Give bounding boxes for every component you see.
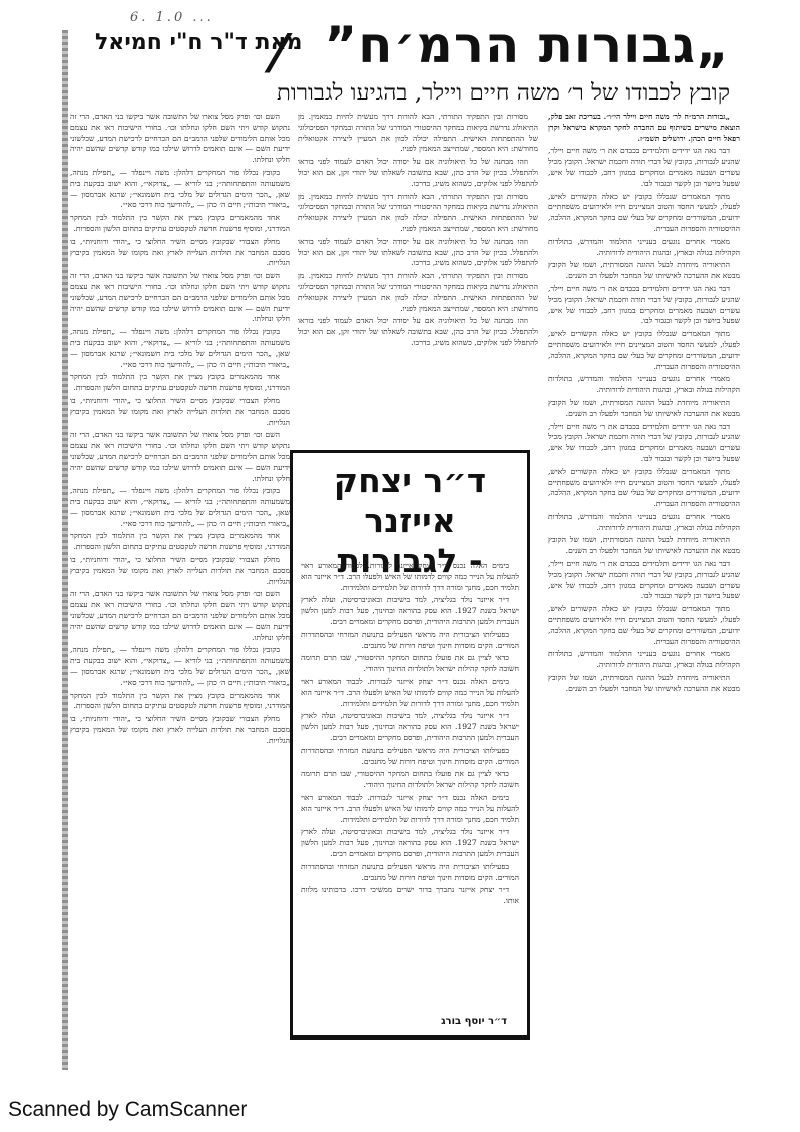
body-paragraph: וזהו מבחנה של כל תיאולוגיה אם על יסודה י… — [298, 316, 538, 348]
body-paragraph: מתוך המאמרים שנכללו בקובץ יש כאלה הקשורי… — [548, 329, 740, 372]
body-paragraph: מחלק הצבורי שבקובץ מסיים השיר החלוצי כי … — [70, 396, 290, 428]
body-paragraph: מאמרי אחרים נוגעים בענייני התלמוד והמדרש… — [548, 512, 740, 534]
box-paragraph: בפעילותו הציבורית היה מראשי הפעילים בתנו… — [301, 746, 519, 768]
article-subtitle: קובץ לכבודו של ר׳ משה חיים ויילר, בהגיעו… — [277, 80, 730, 106]
body-paragraph: מאמרי אחרים נוגעים בענייני התלמוד והמדרש… — [548, 649, 740, 671]
box-paragraph: בימים האלה נכנס ד״ר יצחק אייזנר לגבורות.… — [301, 561, 519, 593]
box-paragraph: בימים האלה נכנס ד״ר יצחק אייזנר לגבורות.… — [301, 677, 519, 709]
scan-edge-shadow — [62, 30, 68, 1070]
camscanner-watermark: Scanned by CamScanner — [8, 1098, 247, 1122]
body-paragraph: מסורות ובין התפקיד התורתי, הבא להורות דר… — [298, 271, 538, 314]
box-signature: ד״ר יוסף בורג — [441, 1016, 507, 1027]
box-paragraph: ד״ר יצחק אייזנר נתברך בדור ישרים ממשיכי … — [301, 885, 519, 907]
box-paragraph: ד״ר אייזנר נולד בגליציה, למד בישיבות ובא… — [301, 595, 519, 627]
body-paragraph: מתוך המאמרים שנכללו בקובץ יש כאלה הקשורי… — [548, 192, 740, 235]
intro-paragraph: „גבורות הרמ״ח לר׳ משה חיים ויילר הי״ו״. … — [548, 112, 740, 144]
body-paragraph: אחד מהמאמרים בקובץ מציין את הקשר בין התל… — [70, 372, 290, 394]
eisner-tribute-box: ד״ר יצחק אייזנר - לגבורות בימים האלה נכנ… — [290, 450, 530, 1040]
body-paragraph: התיאוריה מיוחדת לבעל ההוגה המסורתית, ושמ… — [548, 260, 740, 282]
body-paragraph: דבר נאה הגו ידידים ותלמידים בכבדם את ר׳ … — [548, 559, 740, 602]
body-paragraph: מתוך המאמרים שנכללו בקובץ יש כאלה הקשורי… — [548, 604, 740, 647]
box-paragraph: ד״ר אייזנר נולד בגליציה, למד בישיבות ובא… — [301, 711, 519, 743]
body-paragraph: מחלק הצבורי שבקובץ מסיים השיר החלוצי כי … — [70, 555, 290, 587]
body-paragraph: השם וכו׳ ופרק מסל צוארו של התשובה אשר בי… — [70, 271, 290, 325]
body-paragraph: השם וכו׳ ופרק מסל צוארו של התשובה אשר בי… — [70, 430, 290, 484]
box-paragraph: בימים האלה נכנס ד״ר יצחק אייזנר לגבורות.… — [301, 793, 519, 825]
body-paragraph: וזהו מבחנה של כל תיאולוגיה אם על יסודה י… — [298, 237, 538, 269]
body-paragraph: בקובץ נכללו פור המחקרים דלהלן: משה ויינפ… — [70, 168, 290, 211]
body-paragraph: דבר נאה הגו ידידים ותלמידים בכבדם את ר׳ … — [548, 422, 740, 465]
article-title: „גבורות הרמ׳ח” — [324, 18, 730, 73]
body-paragraph: בקובץ נכללו פור המחקרים דלהלן: משה ויינפ… — [70, 645, 290, 688]
box-paragraph: כדאי לציין גם את פועלו בתחום המחקר ההיסט… — [301, 653, 519, 675]
box-paragraph: בפעילותו הציבורית היה מראשי הפעילים בתנו… — [301, 630, 519, 652]
body-paragraph: התיאוריה מיוחדת לבעל ההוגה המסורתית, ושמ… — [548, 673, 740, 695]
article-column-left: השם וכו׳ ופרק מסל צוארו של התשובה אשר בי… — [70, 112, 290, 1062]
body-paragraph: בקובץ נכללו פור המחקרים דלהלן: משה ויינפ… — [70, 486, 290, 529]
box-paragraph: בפעילותו הציבורית היה מראשי הפעילים בתנו… — [301, 862, 519, 884]
body-paragraph: השם וכו׳ ופרק מסל צוארו של התשובה אשר בי… — [70, 589, 290, 643]
body-paragraph: מחלק הצבורי שבקובץ מסיים השיר החלוצי כי … — [70, 237, 290, 269]
box-paragraph: ד״ר אייזנר נולד בגליציה, למד בישיבות ובא… — [301, 827, 519, 859]
box-paragraph: כדאי לציין גם את פועלו בתחום המחקר ההיסט… — [301, 769, 519, 791]
body-paragraph: דבר נאה הגו ידידים ותלמידים בכבדם את ר׳ … — [548, 284, 740, 327]
body-paragraph: מאמרי אחרים נוגעים בענייני התלמוד והמדרש… — [548, 237, 740, 259]
body-paragraph: וזהו מבחנה של כל תיאולוגיה אם על יסודה י… — [298, 157, 538, 189]
article-column-right: „גבורות הרמ״ח לר׳ משה חיים ויילר הי״ו״. … — [548, 112, 740, 1062]
body-paragraph: מסורות ובין התפקיד התורתי, הבא להורות דר… — [298, 192, 538, 235]
box-title: ד״ר יצחק אייזנר — [293, 461, 527, 541]
box-body: בימים האלה נכנס ד״ר יצחק אייזנר לגבורות.… — [301, 561, 519, 999]
body-paragraph: אחד מהמאמרים בקובץ מציין את הקשר בין התל… — [70, 531, 290, 553]
body-paragraph: מתוך המאמרים שנכללו בקובץ יש כאלה הקשורי… — [548, 467, 740, 510]
body-paragraph: מאמרי אחרים נוגעים בענייני התלמוד והמדרש… — [548, 374, 740, 396]
body-paragraph: התיאוריה מיוחדת לבעל ההוגה המסורתית, ושמ… — [548, 398, 740, 420]
article-column-middle: מסורות ובין התפקיד התורתי, הבא להורות דר… — [298, 112, 538, 442]
body-paragraph: מסורות ובין התפקיד התורתי, הבא להורות דר… — [298, 112, 538, 155]
body-paragraph: אחד מהמאמרים בקובץ מציין את הקשר בין התל… — [70, 213, 290, 235]
body-paragraph: דבר נאה הגו ידידים ותלמידים בכבדם את ר׳ … — [548, 146, 740, 189]
handwritten-note: 6. 1.0 ... — [130, 10, 214, 25]
body-paragraph: אחד מהמאמרים בקובץ מציין את הקשר בין התל… — [70, 691, 290, 713]
body-paragraph: התיאוריה מיוחדת לבעל ההוגה המסורתית, ושמ… — [548, 535, 740, 557]
body-paragraph: השם וכו׳ ופרק מסל צוארו של התשובה אשר בי… — [70, 112, 290, 166]
body-paragraph: בקובץ נכללו פור המחקרים דלהלן: משה ויינפ… — [70, 327, 290, 370]
body-paragraph: מחלק הצבורי שבקובץ מסיים השיר החלוצי כי … — [70, 714, 290, 746]
